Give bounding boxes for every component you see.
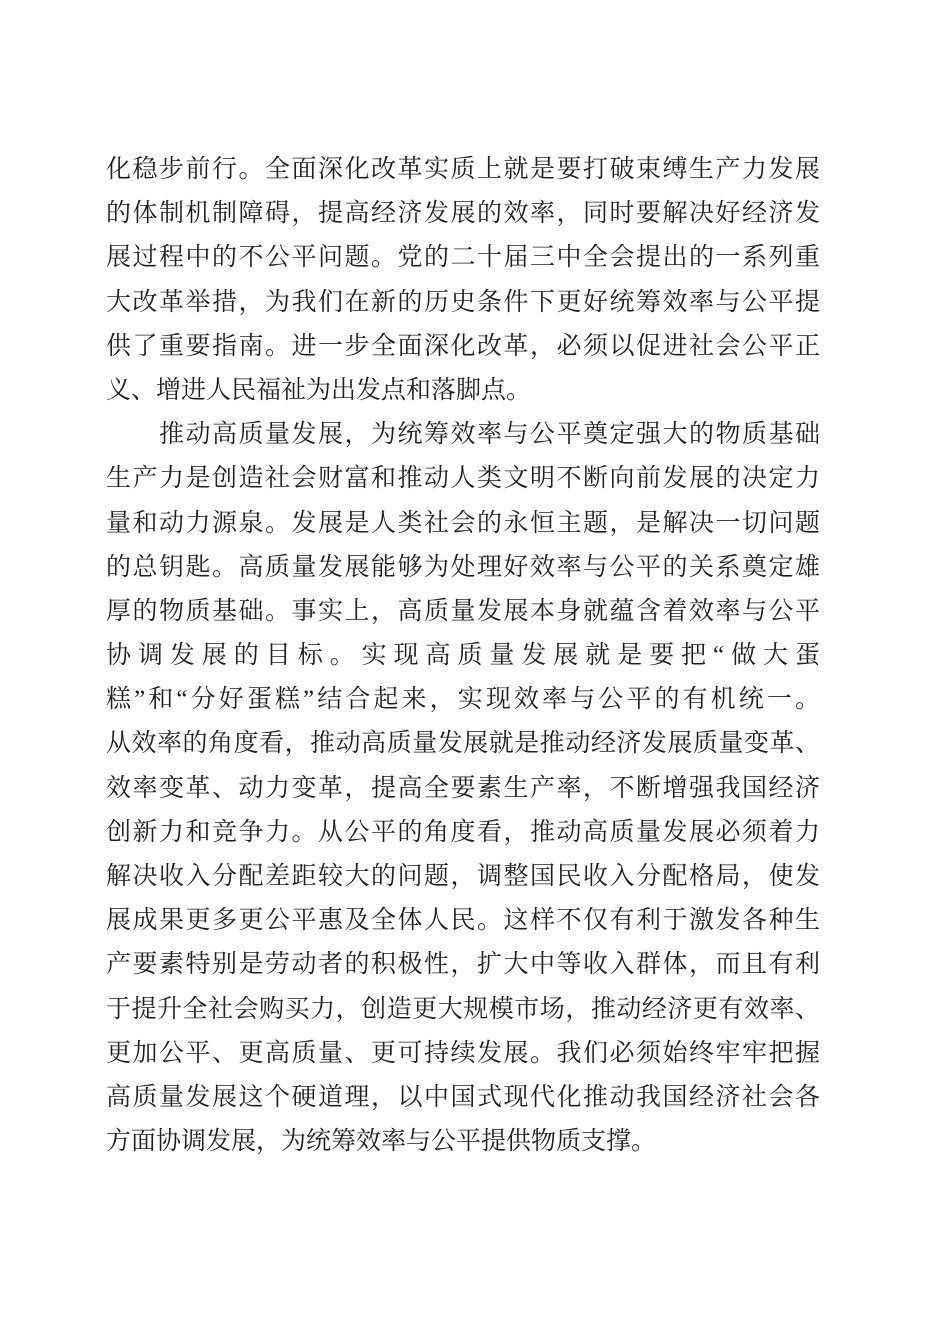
text-line: 展过程中的不公平问题。党的二十届三中全会提出的一系列重 <box>106 236 820 280</box>
document-page: 化稳步前行。全面深化改革实质上就是要打破束缚生产力发展的体制机制障碍，提高经济发… <box>0 0 950 1344</box>
text-line: 的总钥匙。高质量发展能够为处理好效率与公平的关系奠定雄 <box>106 546 820 590</box>
text-line: 糕”和“分好蛋糕”结合起来，实现效率与公平的有机统一。 <box>106 678 820 722</box>
text-line: 义、增进人民福祉为出发点和落脚点。 <box>106 369 820 413</box>
text-line: 生产力是创造社会财富和推动人类文明不断向前发展的决定力 <box>106 457 820 501</box>
text-line: 产要素特别是劳动者的积极性，扩大中等收入群体，而且有利 <box>106 943 820 987</box>
paragraph-1: 化稳步前行。全面深化改革实质上就是要打破束缚生产力发展的体制机制障碍，提高经济发… <box>106 148 820 413</box>
text-line: 协调发展的目标。实现高质量发展就是要把“做大蛋 <box>106 634 820 678</box>
text-line: 效率变革、动力变革，提高全要素生产率，不断增强我国经济 <box>106 767 820 811</box>
text-line: 创新力和竞争力。从公平的角度看，推动高质量发展必须着力 <box>106 811 820 855</box>
text-line: 解决收入分配差距较大的问题，调整国民收入分配格局，使发 <box>106 855 820 899</box>
text-line: 供了重要指南。进一步全面深化改革，必须以促进社会公平正 <box>106 325 820 369</box>
text-line: 量和动力源泉。发展是人类社会的永恒主题，是解决一切问题 <box>106 502 820 546</box>
text-line: 展成果更多更公平惠及全体人民。这样不仅有利于激发各种生 <box>106 899 820 943</box>
text-block: 化稳步前行。全面深化改革实质上就是要打破束缚生产力发展的体制机制障碍，提高经济发… <box>106 148 820 1164</box>
text-line: 厚的物质基础。事实上，高质量发展本身就蕴含着效率与公平 <box>106 590 820 634</box>
text-line: 方面协调发展，为统筹效率与公平提供物质支撑。 <box>106 1120 820 1164</box>
text-line: 更加公平、更高质量、更可持续发展。我们必须始终牢牢把握 <box>106 1032 820 1076</box>
paragraph-2: 推动高质量发展，为统筹效率与公平奠定强大的物质基础生产力是创造社会财富和推动人类… <box>106 413 820 1164</box>
text-line: 化稳步前行。全面深化改革实质上就是要打破束缚生产力发展 <box>106 148 820 192</box>
text-line: 推动高质量发展，为统筹效率与公平奠定强大的物质基础 <box>106 413 820 457</box>
text-line: 从效率的角度看，推动高质量发展就是推动经济发展质量变革、 <box>106 722 820 766</box>
text-line: 的体制机制障碍，提高经济发展的效率，同时要解决好经济发 <box>106 192 820 236</box>
text-line: 高质量发展这个硬道理，以中国式现代化推动我国经济社会各 <box>106 1076 820 1120</box>
text-line: 大改革举措，为我们在新的历史条件下更好统筹效率与公平提 <box>106 281 820 325</box>
text-line: 于提升全社会购买力，创造更大规模市场，推动经济更有效率、 <box>106 988 820 1032</box>
